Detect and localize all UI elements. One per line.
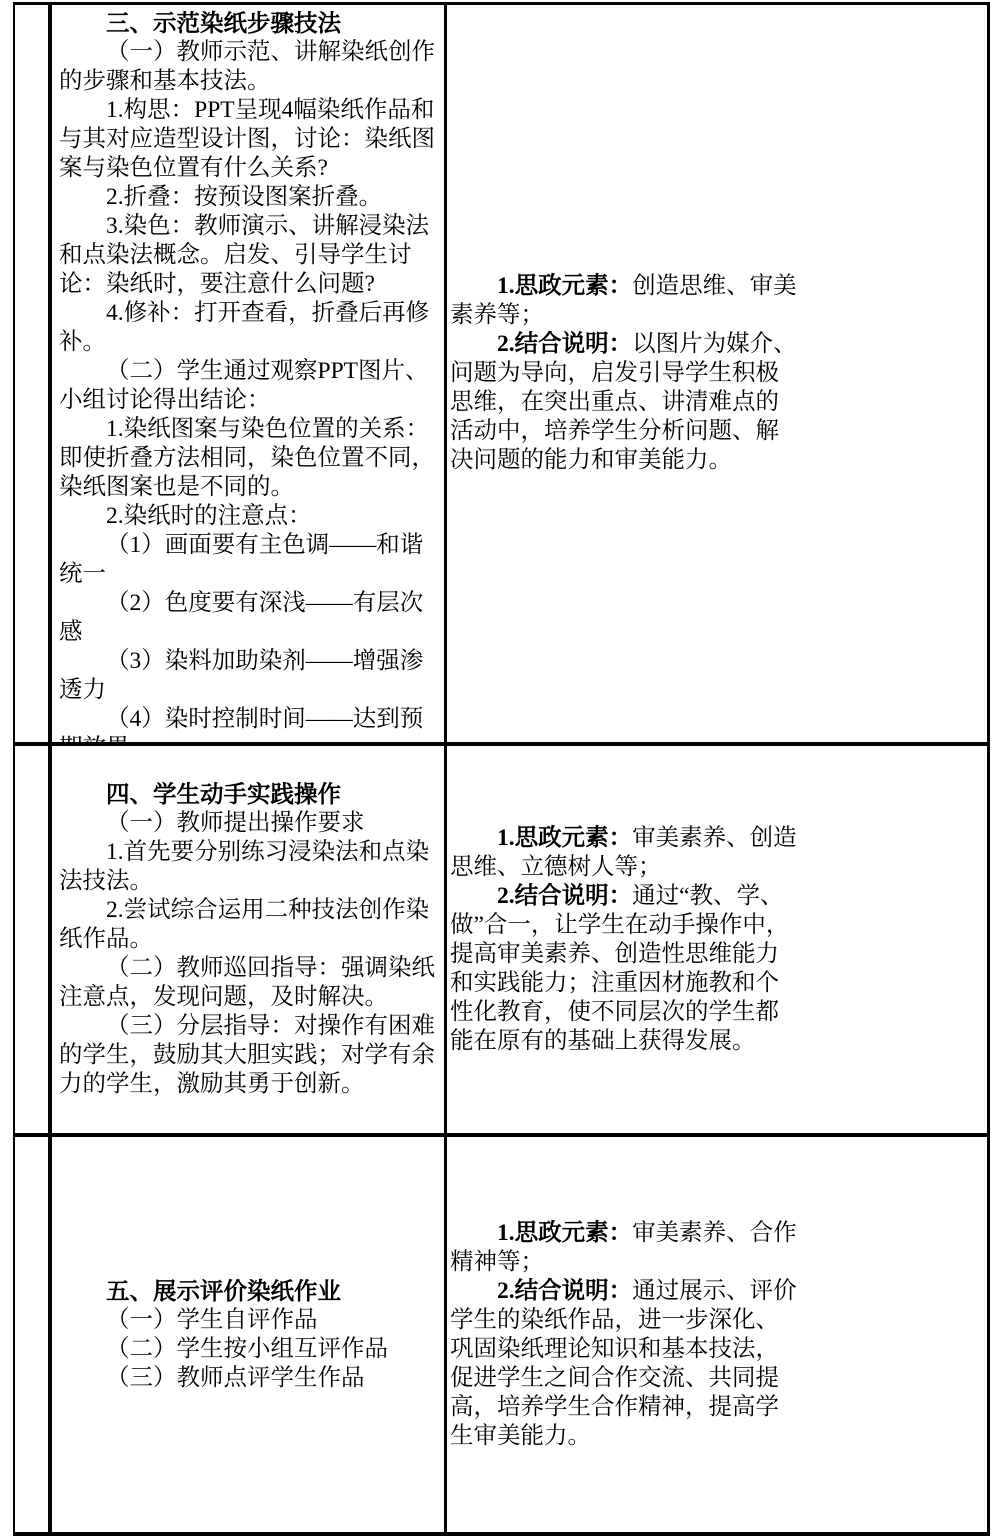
step-paragraph: 3.染色：教师演示、讲解浸染法和点染法概念。启发、引导学生讨论：染纸时，要注意什… [59,212,439,299]
ideology-cell: 1.思政元素：创造思维、审美素养等； 2.结合说明：以图片为媒介、问题为导向，启… [444,5,990,742]
step-paragraph: （1）画面要有主色调——和谐统一 [59,531,439,589]
step-paragraph: （三）教师点评学生作品 [59,1364,439,1393]
step-paragraph: （4）染时控制时间——达到预期效果 [59,705,439,742]
ideology-elements-paragraph: 1.思政元素：创造思维、审美素养等； [450,272,801,330]
table-row-evaluation: 五、展示评价染纸作业 （一）学生自评作品 （二）学生按小组互评作品 （三）教师点… [13,1137,990,1532]
step-paragraph: （一）学生自评作品 [59,1306,439,1335]
step-paragraph: 2.尝试综合运用二种技法创作染纸作品。 [59,896,439,954]
step-paragraph: （二）教师巡回指导：强调染纸注意点，发现问题，及时解决。 [59,954,439,1012]
section-heading: 五、展示评价染纸作业 [59,1277,439,1306]
step-paragraph: （一）教师示范、讲解染纸创作的步骤和基本技法。 [59,38,439,96]
step-paragraph: （一）教师提出操作要求 [59,809,439,838]
ideology-elements-label: 1.思政元素： [497,825,632,851]
step-paragraph: 4.修补：打开查看，折叠后再修补。 [59,299,439,357]
ideology-elements-label: 1.思政元素： [497,273,632,299]
spacer-cell [13,746,48,1133]
ideology-explanation-paragraph: 2.结合说明：通过“教、学、做”合一，让学生在动手操作中，提高审美素养、创造性思… [450,882,801,1056]
step-paragraph: （2）色度要有深浅——有层次感 [59,589,439,647]
step-paragraph: （二）学生通过观察PPT图片、小组讨论得出结论： [59,357,439,415]
step-paragraph: （3）染料加助染剂——增强渗透力 [59,647,439,705]
spacer-cell [13,5,48,742]
teaching-steps-cell: 三、示范染纸步骤技法 （一）教师示范、讲解染纸创作的步骤和基本技法。 1.构思：… [48,5,444,742]
step-paragraph: （三）分层指导：对操作有困难的学生，鼓励其大胆实践；对学有余力的学生，激励其勇于… [59,1012,439,1099]
ideology-explanation-paragraph: 2.结合说明：以图片为媒介、问题为导向，启发引导学生积极思维，在突出重点、讲清难… [450,330,801,475]
step-paragraph: 1.构思：PPT呈现4幅染纸作品和与其对应造型设计图，讨论：染纸图案与染色位置有… [59,96,439,183]
ideology-explanation-paragraph: 2.结合说明：通过展示、评价学生的染纸作品，进一步深化、巩固染纸理论知识和基本技… [450,1277,801,1451]
table-row-practice: 四、学生动手实践操作 （一）教师提出操作要求 1.首先要分别练习浸染法和点染法技… [13,746,990,1137]
ideology-elements-paragraph: 1.思政元素：审美素养、合作精神等； [450,1219,801,1277]
section-heading: 四、学生动手实践操作 [59,780,439,809]
ideology-explanation-label: 2.结合说明： [497,331,632,357]
lesson-plan-page: 三、示范染纸步骤技法 （一）教师示范、讲解染纸创作的步骤和基本技法。 1.构思：… [0,0,1005,1540]
ideology-elements-label: 1.思政元素： [497,1220,632,1246]
lesson-plan-table: 三、示范染纸步骤技法 （一）教师示范、讲解染纸创作的步骤和基本技法。 1.构思：… [13,2,990,1536]
step-paragraph: 1.首先要分别练习浸染法和点染法技法。 [59,838,439,896]
ideology-cell: 1.思政元素：审美素养、创造思维、立德树人等； 2.结合说明：通过“教、学、做”… [444,746,990,1133]
teaching-steps-cell: 四、学生动手实践操作 （一）教师提出操作要求 1.首先要分别练习浸染法和点染法技… [48,746,444,1133]
table-row-demonstration: 三、示范染纸步骤技法 （一）教师示范、讲解染纸创作的步骤和基本技法。 1.构思：… [13,5,990,746]
section-heading: 三、示范染纸步骤技法 [59,9,439,38]
ideology-explanation-label: 2.结合说明： [497,883,632,909]
step-paragraph: 1.染纸图案与染色位置的关系：即使折叠方法相同，染色位置不同，染纸图案也是不同的… [59,415,439,502]
step-paragraph: 2.染纸时的注意点： [59,502,439,531]
teaching-steps-cell: 五、展示评价染纸作业 （一）学生自评作品 （二）学生按小组互评作品 （三）教师点… [48,1137,444,1532]
ideology-explanation-label: 2.结合说明： [497,1278,632,1304]
step-paragraph: （二）学生按小组互评作品 [59,1335,439,1364]
ideology-cell: 1.思政元素：审美素养、合作精神等； 2.结合说明：通过展示、评价学生的染纸作品… [444,1137,990,1532]
ideology-elements-paragraph: 1.思政元素：审美素养、创造思维、立德树人等； [450,824,801,882]
step-paragraph: 2.折叠：按预设图案折叠。 [59,183,439,212]
spacer-cell [13,1137,48,1532]
